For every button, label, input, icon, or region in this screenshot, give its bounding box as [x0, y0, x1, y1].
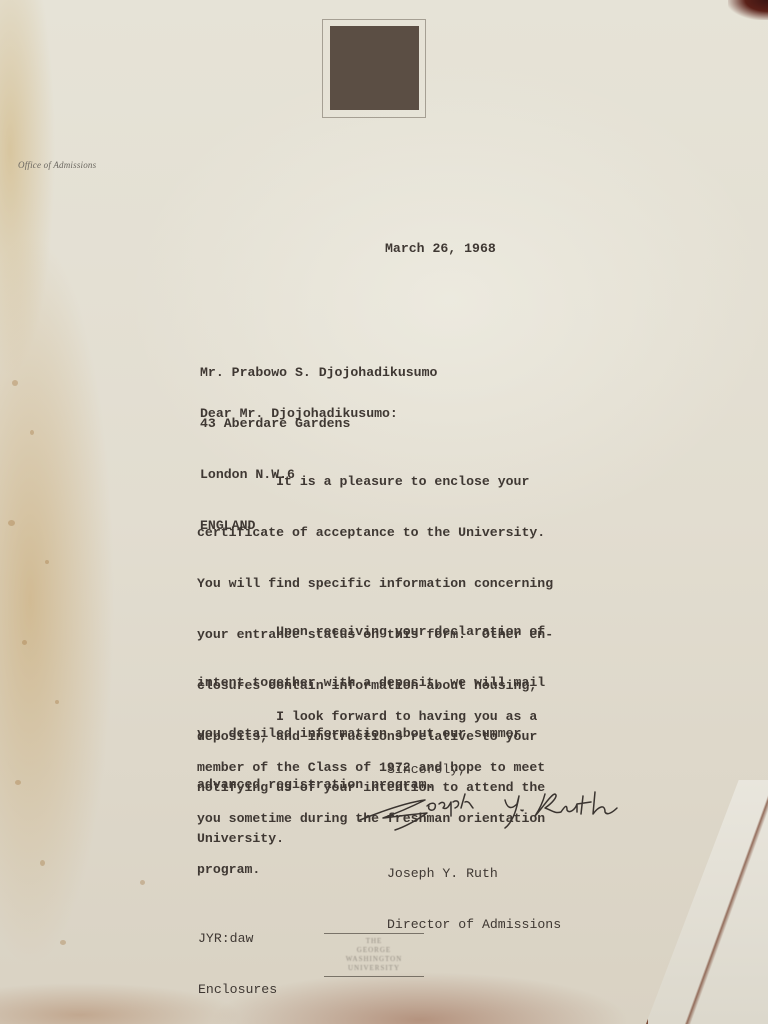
closing: Sincerely, [387, 761, 466, 778]
stain [45, 560, 49, 564]
salutation: Dear Mr. Djojohadikusumo: [200, 405, 398, 422]
seal-text: THE GEORGE WASHINGTON UNIVERSITY [322, 934, 426, 976]
stain [60, 940, 66, 945]
background-object [728, 0, 768, 20]
body-line: member of the Class of 1972 and hope to … [197, 759, 545, 776]
office-of-admissions-label: Office of Admissions [18, 160, 96, 170]
signer-title: Director of Admissions [387, 916, 561, 933]
handwritten-signature-icon [355, 788, 645, 833]
seal-line: WASHINGTON [322, 955, 426, 964]
stain [15, 780, 21, 785]
signer-name: Joseph Y. Ruth [387, 865, 561, 882]
letter-date: March 26, 1968 [385, 240, 496, 257]
seal-line: UNIVERSITY [322, 964, 426, 973]
recipient-name: Mr. Prabowo S. Djojohadikusumo [200, 364, 437, 381]
reference-block: JYR:daw Enclosures [198, 896, 277, 1015]
body-line: certificate of acceptance to the Univers… [197, 524, 553, 541]
stain [12, 380, 18, 386]
stain [30, 430, 34, 435]
seal-line: THE [322, 937, 426, 946]
stain [140, 880, 145, 885]
stain [22, 640, 27, 645]
university-logo-icon [322, 19, 426, 118]
body-line: I look forward to having you as a [197, 708, 545, 725]
reference-initials: JYR:daw [198, 930, 277, 947]
university-seal: THE GEORGE WASHINGTON UNIVERSITY [322, 933, 426, 1024]
seal-line: GEORGE [322, 946, 426, 955]
seal-bottom-rule [324, 976, 424, 977]
stain [8, 520, 15, 526]
stain [55, 700, 59, 704]
body-line: Upon receiving your declaration of [197, 623, 545, 640]
logo-fill [330, 26, 419, 110]
enclosures-note: Enclosures [198, 981, 277, 998]
stain [40, 860, 45, 866]
body-line: It is a pleasure to enclose your [197, 473, 553, 490]
